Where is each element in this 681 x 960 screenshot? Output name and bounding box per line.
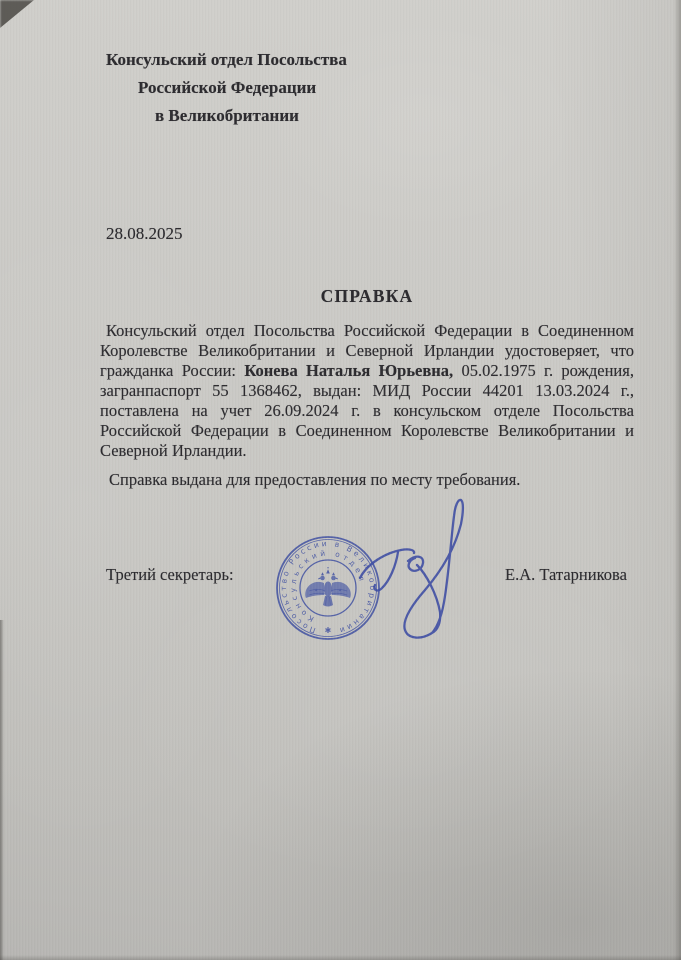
double-headed-eagle-icon [305,567,351,606]
org-name-line-3: в Великобритании [155,102,347,130]
document-photo: Консульский отдел Посольства Российской … [0,0,681,960]
body-line: загранпаспорт551368462,выдан:МИДРоссии44… [100,381,634,401]
stamp-star-mark: ✱ [325,626,332,635]
date-text: 28.08.2025 [106,224,183,244]
org-name-line-2: Российской Федерации [138,74,347,102]
body-line: КоролевствеВеликобританиииСевернойИрланд… [100,341,634,361]
org-name-line-1: Консульский отдел Посольства [106,46,347,74]
paper-edge-shadow-left [0,620,4,960]
issuance-note: Справка выдана для предоставления по мес… [100,470,520,490]
body-line: РоссийскойФедерациивСоединенномКоролевст… [100,421,634,441]
paper-edge-shadow-right [674,0,681,960]
signatory-name: Е.А. Татарникова [505,565,627,585]
signatory-role: Третий секретарь: [106,565,234,585]
body-line: СевернойИрландии. [100,441,634,461]
body-line: гражданкаРоссии:КоневаНатальяЮрьевна,05.… [100,361,634,381]
body-paragraph: КонсульскийотделПосольстваРоссийскойФеде… [100,321,634,461]
document-title: СПРАВКА [100,286,634,307]
body-line: поставленанаучет26.09.2024г.вконсульском… [100,401,634,421]
body-line: КонсульскийотделПосольстваРоссийскойФеде… [100,321,634,341]
paper-edge-shadow-bottom [0,955,681,960]
handwritten-signature [345,490,485,655]
letterhead: Консульский отдел Посольства Российской … [106,46,347,130]
